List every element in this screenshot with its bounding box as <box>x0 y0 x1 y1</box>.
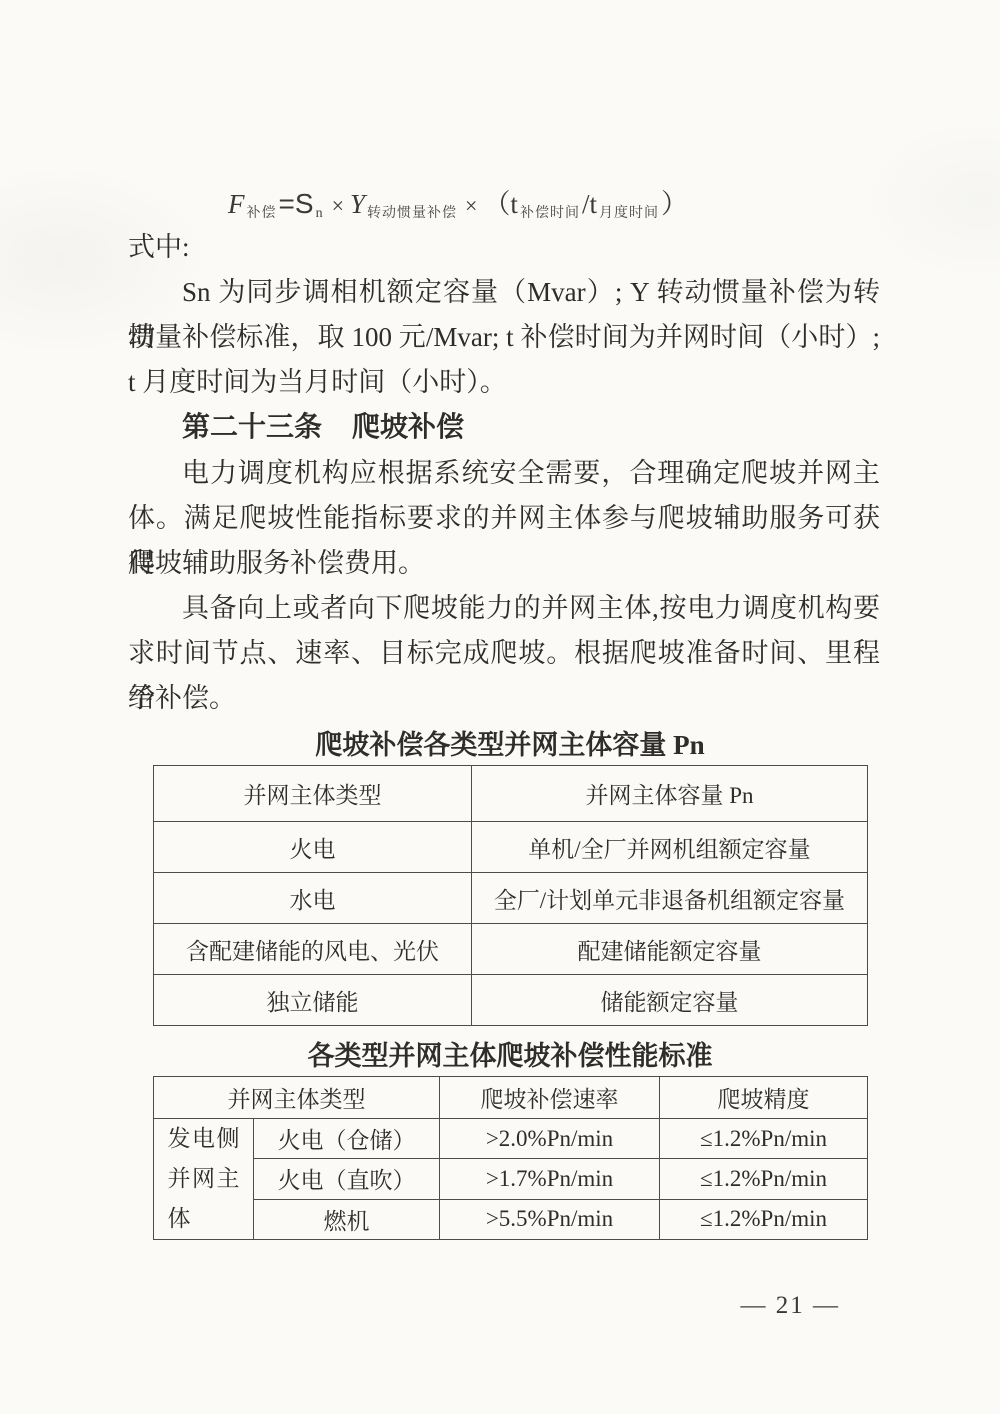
text-line: 爬坡辅助服务补偿费用。 <box>128 541 880 586</box>
cell-entity-type: 含配建储能的风电、光伏 <box>154 924 472 975</box>
cell-entity-type: 独立储能 <box>154 975 472 1026</box>
paragraph-ramp-compensation: 具备向上或者向下爬坡能力的并网主体,按电力调度机构要 求时间节点、速率、目标完成… <box>128 586 880 721</box>
formula-S-subscript: n <box>316 206 324 221</box>
text-line: 电力调度机构应根据系统安全需要，合理确定爬坡并网主 <box>128 451 880 496</box>
formula-equals-S: =S <box>279 188 314 219</box>
paragraph-ramp-determination: 电力调度机构应根据系统安全需要，合理确定爬坡并网主 体。满足爬坡性能指标要求的并… <box>128 451 880 586</box>
article-number: 第二十三条 <box>182 412 322 443</box>
col-header-entity-type: 并网主体类型 <box>154 766 472 822</box>
formula-close-paren: ） <box>661 189 688 219</box>
text-line: 体。满足爬坡性能指标要求的并网主体参与爬坡辅助服务可获得 <box>128 496 880 541</box>
formula-t1-subscript: 补偿时间 <box>520 206 580 221</box>
document-page: F补偿=Sn×Y转动惯量补偿×（t补偿时间/t月度时间） 式中: Sn 为同步调… <box>0 0 1000 1414</box>
formula-legend-label: 式中: <box>128 225 880 270</box>
cell-ramp-rate: >2.0%Pn/min <box>440 1119 660 1159</box>
page-number: — 21 — <box>741 1292 841 1320</box>
article-23-heading: 第二十三条爬坡补偿 <box>128 405 880 451</box>
table-row: 独立储能 储能额定容量 <box>154 975 868 1026</box>
cell-ramp-rate: >1.7%Pn/min <box>440 1159 660 1199</box>
page-content: F补偿=Sn×Y转动惯量补偿×（t补偿时间/t月度时间） 式中: Sn 为同步调… <box>128 183 880 1240</box>
cell-capacity: 储能额定容量 <box>472 975 868 1026</box>
text-line: 惯量补偿标准，取 100 元/Mvar; t 补偿时间为并网时间（小时）; <box>128 315 880 360</box>
cell-subtype: 火电（仓储） <box>254 1119 440 1159</box>
cell-ramp-precision: ≤1.2%Pn/min <box>660 1119 868 1159</box>
cell-entity-type: 火电 <box>154 822 472 873</box>
col-header-ramp-rate: 爬坡补偿速率 <box>440 1077 660 1119</box>
table-row: 燃机 >5.5%Pn/min ≤1.2%Pn/min <box>154 1199 868 1239</box>
cell-generation-side-group: 发电侧并网主体 <box>154 1119 254 1240</box>
formula-Y-subscript: 转动惯量补偿 <box>367 206 457 221</box>
text-line: Sn 为同步调相机额定容量（Mvar）; Y 转动惯量补偿为转动 <box>128 270 880 315</box>
formula-slash-t: /t <box>582 189 597 219</box>
cell-ramp-precision: ≤1.2%Pn/min <box>660 1159 868 1199</box>
col-header-entity-type: 并网主体类型 <box>154 1077 440 1119</box>
cell-capacity: 全厂/计划单元非退备机组额定容量 <box>472 873 868 924</box>
paragraph-sn-definition: Sn 为同步调相机额定容量（Mvar）; Y 转动惯量补偿为转动 惯量补偿标准，… <box>128 270 880 405</box>
capacity-table-title: 爬坡补偿各类型并网主体容量 Pn <box>153 725 867 765</box>
text-line: 具备向上或者向下爬坡能力的并网主体,按电力调度机构要 <box>128 586 880 631</box>
formula-Y: Y <box>350 189 365 219</box>
formula-t2-subscript: 月度时间 <box>599 206 659 221</box>
text-line: 予补偿。 <box>128 676 880 721</box>
text-line: t 月度时间为当月时间（小时）。 <box>128 360 880 405</box>
table-row: 水电 全厂/计划单元非退备机组额定容量 <box>154 873 868 924</box>
cell-subtype: 燃机 <box>254 1199 440 1239</box>
cell-entity-type: 水电 <box>154 873 472 924</box>
formula-times-1: × <box>332 193 344 218</box>
capacity-table: 并网主体类型 并网主体容量 Pn 火电 单机/全厂并网机组额定容量 水电 全厂/… <box>153 765 868 1026</box>
formula-F: F <box>228 189 245 219</box>
table-row: 含配建储能的风电、光伏 配建储能额定容量 <box>154 924 868 975</box>
article-title: 爬坡补偿 <box>352 412 464 443</box>
cell-ramp-rate: >5.5%Pn/min <box>440 1199 660 1239</box>
formula-F-subscript: 补偿 <box>247 206 277 221</box>
table-row: 火电 单机/全厂并网机组额定容量 <box>154 822 868 873</box>
text-line: 求时间节点、速率、目标完成爬坡。根据爬坡准备时间、里程给 <box>128 631 880 676</box>
performance-table-title: 各类型并网主体爬坡补偿性能标准 <box>153 1036 867 1076</box>
col-header-ramp-precision: 爬坡精度 <box>660 1077 868 1119</box>
formula-times-2: × <box>465 193 477 218</box>
table-row: 火电（直吹） >1.7%Pn/min ≤1.2%Pn/min <box>154 1159 868 1199</box>
col-header-capacity: 并网主体容量 Pn <box>472 766 868 822</box>
cell-ramp-precision: ≤1.2%Pn/min <box>660 1199 868 1239</box>
performance-table: 并网主体类型 爬坡补偿速率 爬坡精度 发电侧并网主体 火电（仓储） >2.0%P… <box>153 1076 868 1240</box>
table-header-row: 并网主体类型 爬坡补偿速率 爬坡精度 <box>154 1077 868 1119</box>
table-header-row: 并网主体类型 并网主体容量 Pn <box>154 766 868 822</box>
cell-subtype: 火电（直吹） <box>254 1159 440 1199</box>
compensation-formula: F补偿=Sn×Y转动惯量补偿×（t补偿时间/t月度时间） <box>82 183 834 225</box>
cell-capacity: 配建储能额定容量 <box>472 924 868 975</box>
formula-open-paren-t: （t <box>483 189 518 219</box>
cell-capacity: 单机/全厂并网机组额定容量 <box>472 822 868 873</box>
table-row: 发电侧并网主体 火电（仓储） >2.0%Pn/min ≤1.2%Pn/min <box>154 1119 868 1159</box>
